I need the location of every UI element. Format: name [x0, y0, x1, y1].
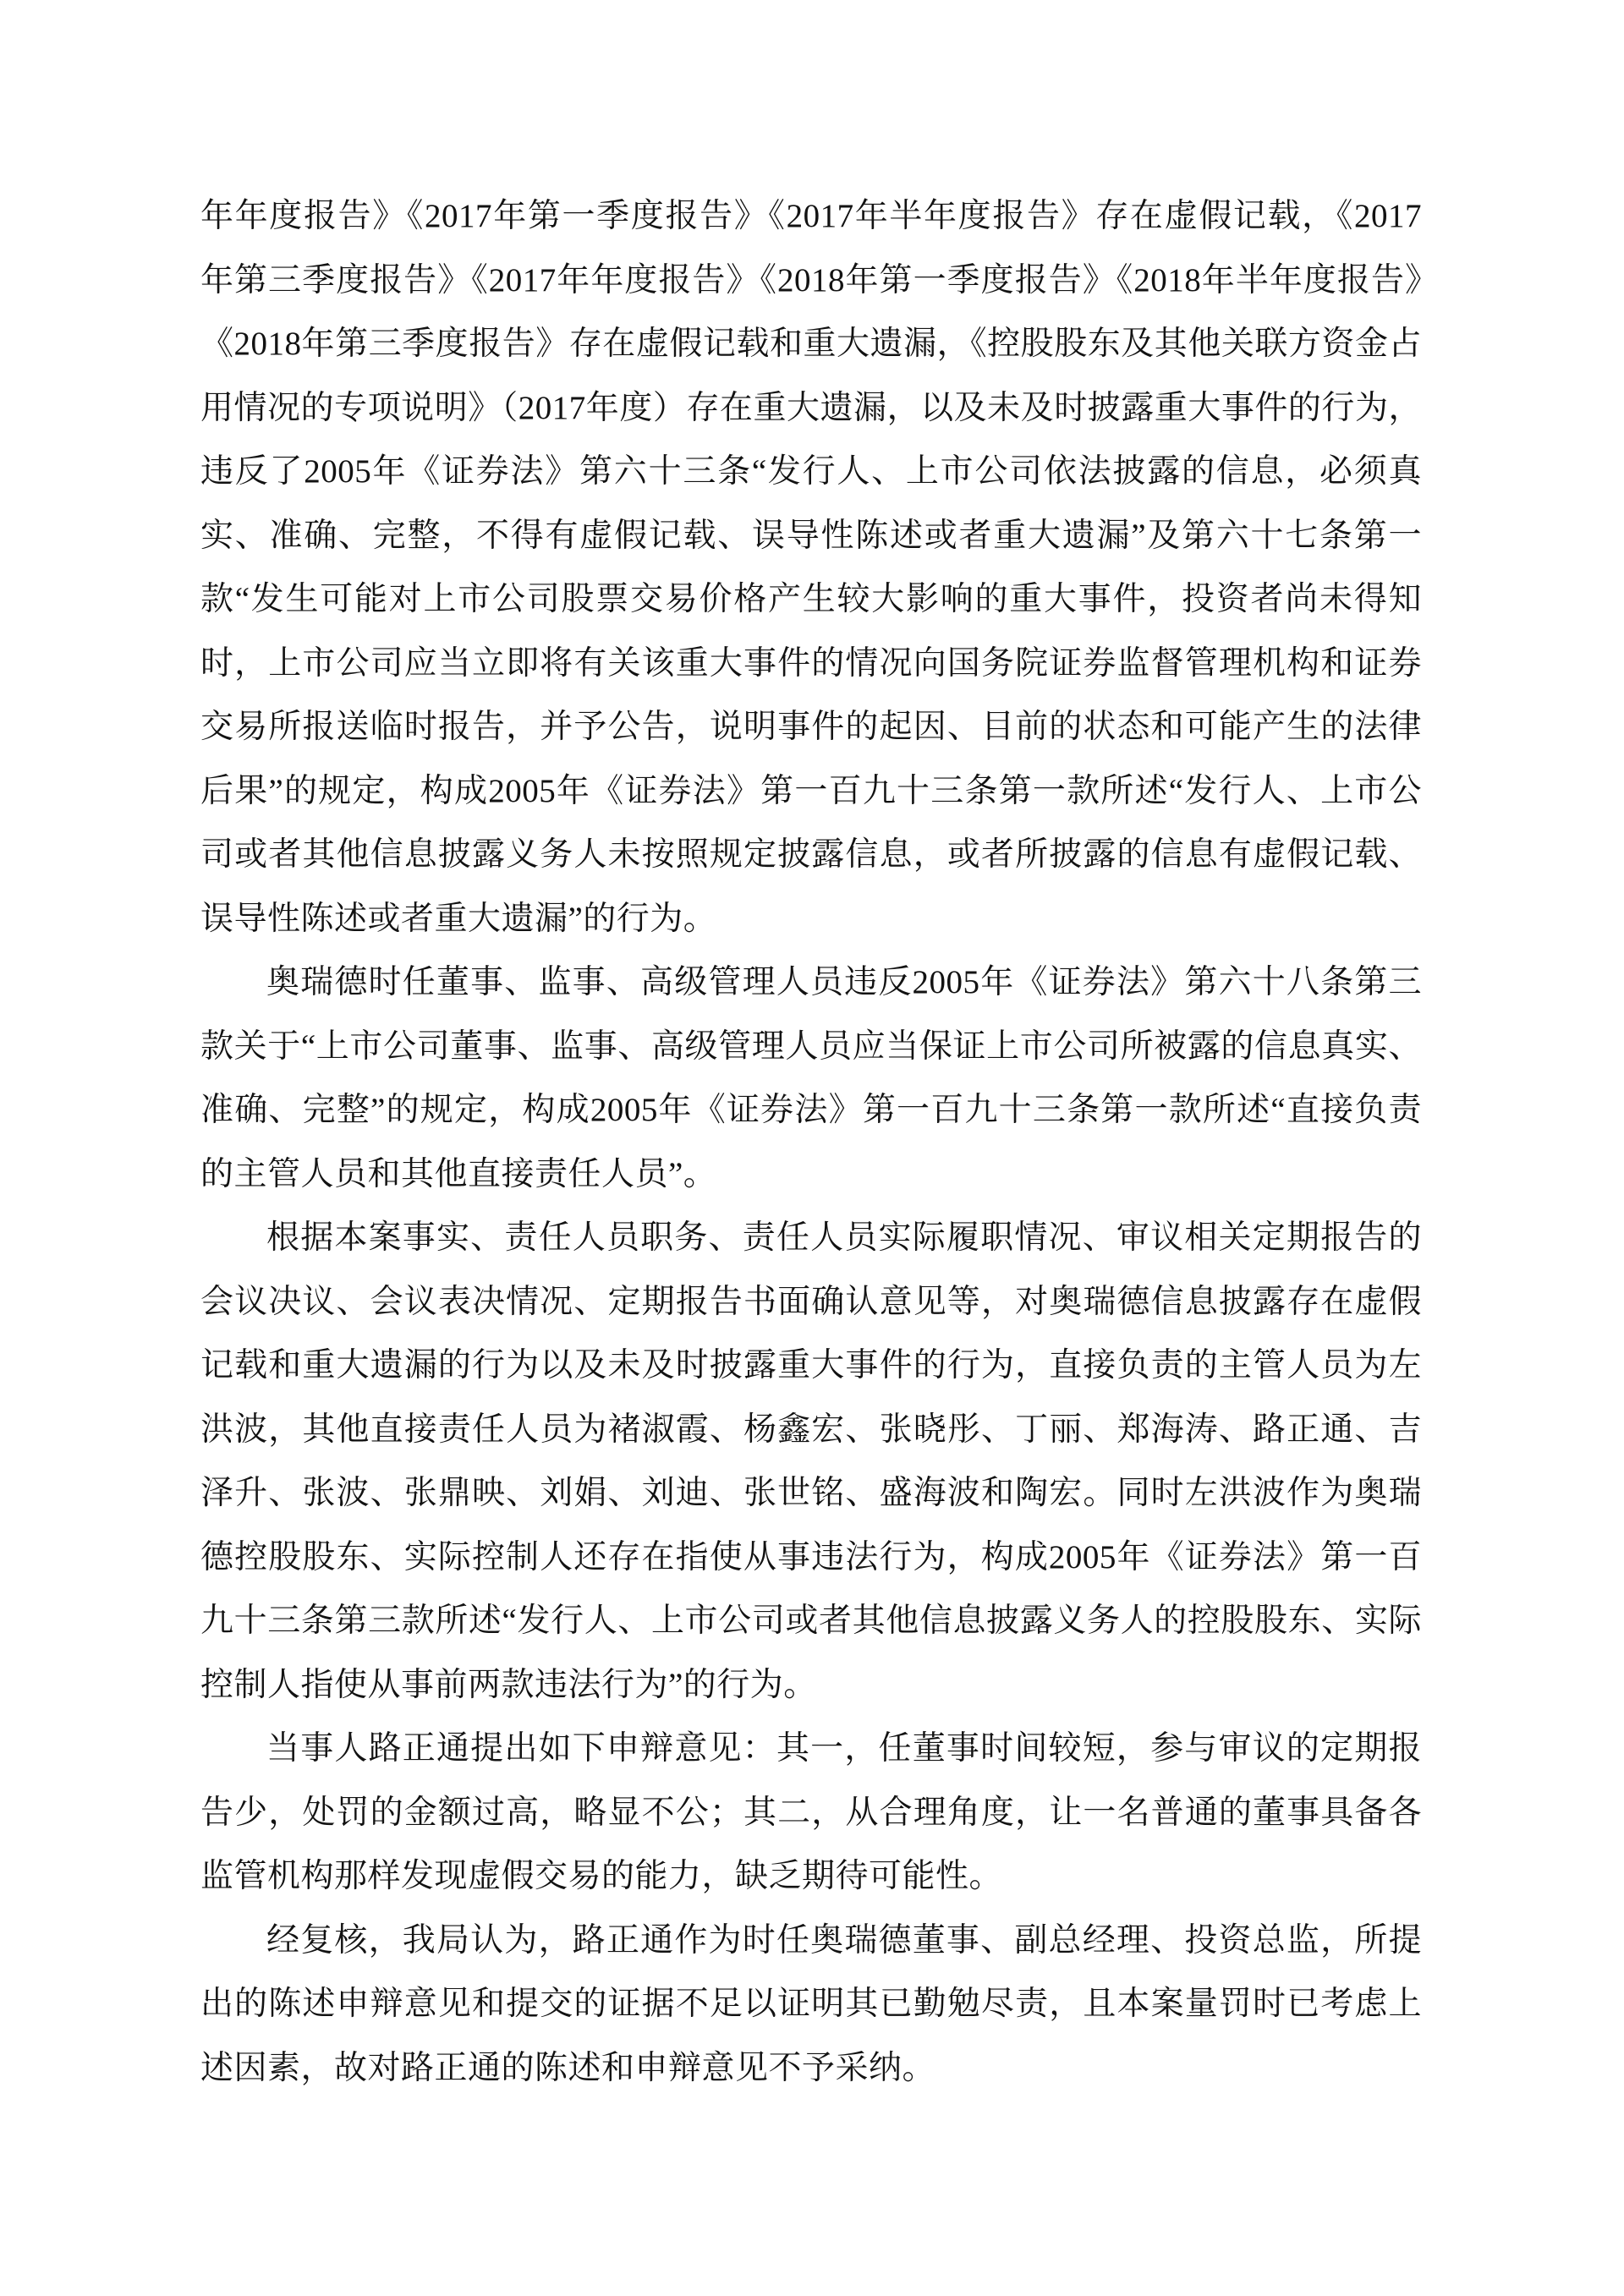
- paragraph-review-conclusion: 经复核，我局认为，路正通作为时任奥瑞德董事、副总经理、投资总监，所提出的陈述申辩…: [200, 1909, 1422, 2101]
- paragraph-continuation: 年年度报告》《2017年第一季度报告》《2017年半年度报告》存在虚假记载，《2…: [200, 184, 1422, 951]
- document-text-block: 年年度报告》《2017年第一季度报告》《2017年半年度报告》存在虚假记载，《2…: [200, 184, 1422, 2100]
- paragraph-defense-statement: 当事人路正通提出如下申辩意见：其一，任董事时间较短，参与审议的定期报告少，处罚的…: [200, 1717, 1422, 1909]
- paragraph-responsible-persons: 根据本案事实、责任人员职务、责任人员实际履职情况、审议相关定期报告的会议决议、会…: [200, 1206, 1422, 1717]
- document-page: 年年度报告》《2017年第一季度报告》《2017年半年度报告》存在虚假记载，《2…: [0, 0, 1624, 2296]
- paragraph-liability-dsm: 奥瑞德时任董事、监事、高级管理人员违反2005年《证券法》第六十八条第三款关于“…: [200, 951, 1422, 1206]
